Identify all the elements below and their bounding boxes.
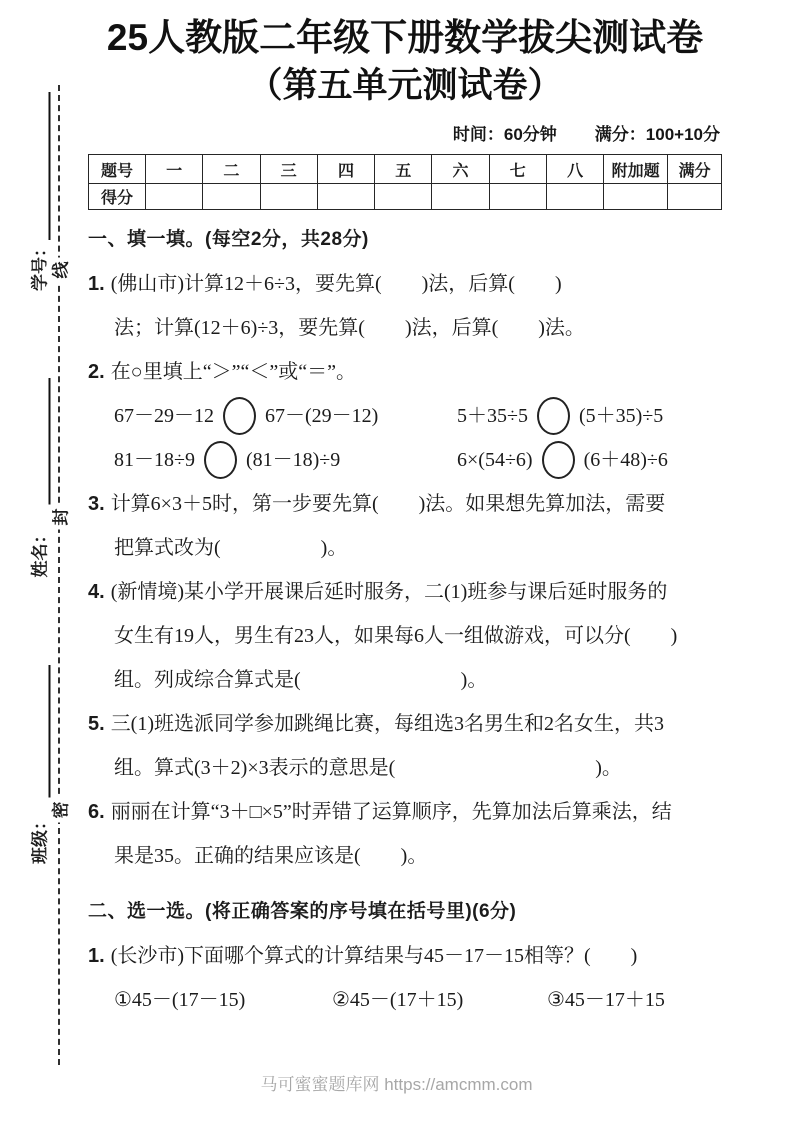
score-cell-empty	[317, 184, 374, 210]
question-text: 计算6×3＋5时，第一步要先算( )法。如果想先算加法，需要	[111, 493, 666, 515]
comparison-row-1: 67－29－12 67－(29－12) 5＋35÷5 (5＋35)÷5	[88, 394, 722, 438]
expression-left: 6×(54÷6)	[457, 438, 533, 482]
section2-heading: 二、选一选。(将正确答案的序号填在括号里)(6分)	[88, 890, 722, 934]
question-4-line2: 女生有19人，男生有23人，如果每6人一组做游戏，可以分( )	[88, 614, 722, 658]
question-number: 3.	[88, 493, 105, 515]
question-text: (佛山市)计算12＋6÷3，要先算( )法，后算( )	[111, 273, 562, 295]
score-cell-empty	[375, 184, 432, 210]
question-text: 组。列成综合算式是( )。	[114, 669, 487, 691]
seal-char-feng: 封	[47, 505, 72, 530]
seal-char-xian: 线	[47, 258, 72, 283]
score-table-header-cell: 七	[489, 155, 546, 184]
score-cell-empty	[546, 184, 603, 210]
question-text: 三(1)班选派同学参加跳绳比赛，每组选3名男生和2名女生，共3	[111, 713, 664, 735]
question-3-line2: 把算式改为( )。	[88, 526, 722, 570]
expression-right: 67－(29－12)	[265, 394, 378, 438]
score-table-header-cell: 二	[203, 155, 260, 184]
comparison-item: 67－29－12 67－(29－12)	[114, 394, 457, 438]
option-2: ②45－(17＋15)	[332, 978, 547, 1022]
score-cell-empty	[604, 184, 668, 210]
question-1-line2: 法；计算(12＋6)÷3，要先算( )法，后算( )法。	[88, 306, 722, 350]
question-text: 把算式改为( )。	[114, 537, 347, 559]
question-number: 5.	[88, 713, 105, 735]
question-text: 丽丽在计算“3＋□×5”时弄错了运算顺序，先算加法后算乘法，结	[111, 801, 672, 823]
question-text: 果是35。正确的结果应该是( )。	[114, 845, 427, 867]
section2-question-1: 1.(长沙市)下面哪个算式的计算结果与45－17－15相等？( )	[88, 934, 722, 978]
question-6-line1: 6.丽丽在计算“3＋□×5”时弄错了运算顺序，先算加法后算乘法，结	[88, 790, 722, 834]
question-number: 4.	[88, 581, 105, 603]
option-1: ①45－(17－15)	[114, 978, 332, 1022]
score-table-header-cell: 满分	[668, 155, 722, 184]
comparison-item: 5＋35÷5 (5＋35)÷5	[457, 394, 663, 438]
comparison-item: 81－18÷9 (81－18)÷9	[114, 438, 457, 482]
score-table-header-cell: 一	[145, 155, 202, 184]
question-5-line2: 组。算式(3＋2)×3表示的意思是( )。	[88, 746, 722, 790]
exam-info-line: 时间：60分钟 满分：100+10分	[88, 120, 720, 145]
score-table-header-cell: 八	[546, 155, 603, 184]
score-table-header-cell: 六	[432, 155, 489, 184]
expression-right: (5＋35)÷5	[579, 394, 663, 438]
comparison-row-2: 81－18÷9 (81－18)÷9 6×(54÷6) (6＋48)÷6	[88, 438, 722, 482]
question-text: 法；计算(12＋6)÷3，要先算( )法，后算( )法。	[114, 317, 585, 339]
score-table-header-cell: 题号	[89, 155, 146, 184]
question-2-line1: 2.在○里填上“＞”“＜”或“＝”。	[88, 350, 722, 394]
student-id-blank-line	[30, 92, 51, 240]
question-5-line1: 5.三(1)班选派同学参加跳绳比赛，每组选3名男生和2名女生，共3	[88, 702, 722, 746]
name-field: 姓名：	[26, 379, 51, 578]
score-table-header-cell: 四	[317, 155, 374, 184]
class-field: 班级：	[26, 665, 51, 864]
question-text: 组。算式(3＋2)×3表示的意思是( )。	[114, 757, 622, 779]
expression-left: 67－29－12	[114, 394, 214, 438]
source-watermark: 马可蜜蜜题库网 https://amcmm.com	[0, 1070, 793, 1095]
questions-content: 一、填一填。(每空2分，共28分) 1.(佛山市)计算12＋6÷3，要先算( )…	[88, 218, 722, 1022]
score-table-header-row: 题号 一 二 三 四 五 六 七 八 附加题 满分	[89, 155, 722, 184]
comparison-circle	[537, 397, 570, 435]
seal-char-mi: 密	[47, 798, 72, 823]
question-text: (新情境)某小学开展课后延时服务，二(1)班参与课后延时服务的	[111, 581, 668, 603]
section-spacer	[88, 878, 722, 890]
paper-main-column: 25人教版二年级下册数学拔尖测试卷 （第五单元测试卷） 时间：60分钟 满分：1…	[88, 14, 722, 1022]
score-table-score-row: 得分	[89, 184, 722, 210]
score-table: 题号 一 二 三 四 五 六 七 八 附加题 满分 得分	[88, 154, 722, 210]
question-4-line3: 组。列成综合算式是( )。	[88, 658, 722, 702]
score-table-header-cell: 附加题	[604, 155, 668, 184]
seal-dashed-line	[58, 85, 60, 1065]
expression-right: (81－18)÷9	[246, 438, 340, 482]
comparison-item: 6×(54÷6) (6＋48)÷6	[457, 438, 668, 482]
question-6-line2: 果是35。正确的结果应该是( )。	[88, 834, 722, 878]
time-limit-label: 时间：60分钟	[453, 120, 557, 145]
question-number: 1.	[88, 273, 105, 295]
full-score-label: 满分：100+10分	[595, 120, 720, 145]
comparison-circle	[542, 441, 575, 479]
class-blank-line	[30, 665, 51, 813]
comparison-circle	[223, 397, 256, 435]
score-row-label: 得分	[89, 184, 146, 210]
section1-heading: 一、填一填。(每空2分，共28分)	[88, 218, 722, 262]
question-text: 在○里填上“＞”“＜”或“＝”。	[111, 361, 356, 383]
comparison-circle	[204, 441, 237, 479]
student-info-strip: 班级： 姓名： 学号：	[26, 92, 51, 864]
name-label: 姓名：	[26, 527, 51, 578]
score-cell-empty	[432, 184, 489, 210]
question-number: 6.	[88, 801, 105, 823]
score-cell-empty	[489, 184, 546, 210]
expression-left: 81－18÷9	[114, 438, 195, 482]
score-table-header-cell: 五	[375, 155, 432, 184]
score-table-header-cell: 三	[260, 155, 317, 184]
question-text: 女生有19人，男生有23人，如果每6人一组做游戏，可以分( )	[114, 625, 677, 647]
option-3: ③45－17＋15	[547, 978, 665, 1022]
question-1-line1: 1.(佛山市)计算12＋6÷3，要先算( )法，后算( )	[88, 262, 722, 306]
question-number: 1.	[88, 945, 105, 967]
score-cell-empty	[145, 184, 202, 210]
expression-left: 5＋35÷5	[457, 394, 528, 438]
paper-title: 25人教版二年级下册数学拔尖测试卷	[88, 14, 722, 62]
section2-question-1-options: ①45－(17－15) ②45－(17＋15) ③45－17＋15	[88, 978, 722, 1022]
question-text: (长沙市)下面哪个算式的计算结果与45－17－15相等？( )	[111, 945, 638, 967]
question-4-line1: 4.(新情境)某小学开展课后延时服务，二(1)班参与课后延时服务的	[88, 570, 722, 614]
expression-right: (6＋48)÷6	[584, 438, 668, 482]
test-paper-page: 班级： 姓名： 学号： 线 封 密 25人教版二年级下册数学拔尖测试卷 （第五单…	[0, 0, 793, 1121]
score-cell-empty	[203, 184, 260, 210]
paper-subtitle: （第五单元测试卷）	[88, 62, 722, 110]
question-number: 2.	[88, 361, 105, 383]
score-cell-empty	[260, 184, 317, 210]
question-3-line1: 3.计算6×3＋5时，第一步要先算( )法。如果想先算加法，需要	[88, 482, 722, 526]
score-cell-empty	[668, 184, 722, 210]
